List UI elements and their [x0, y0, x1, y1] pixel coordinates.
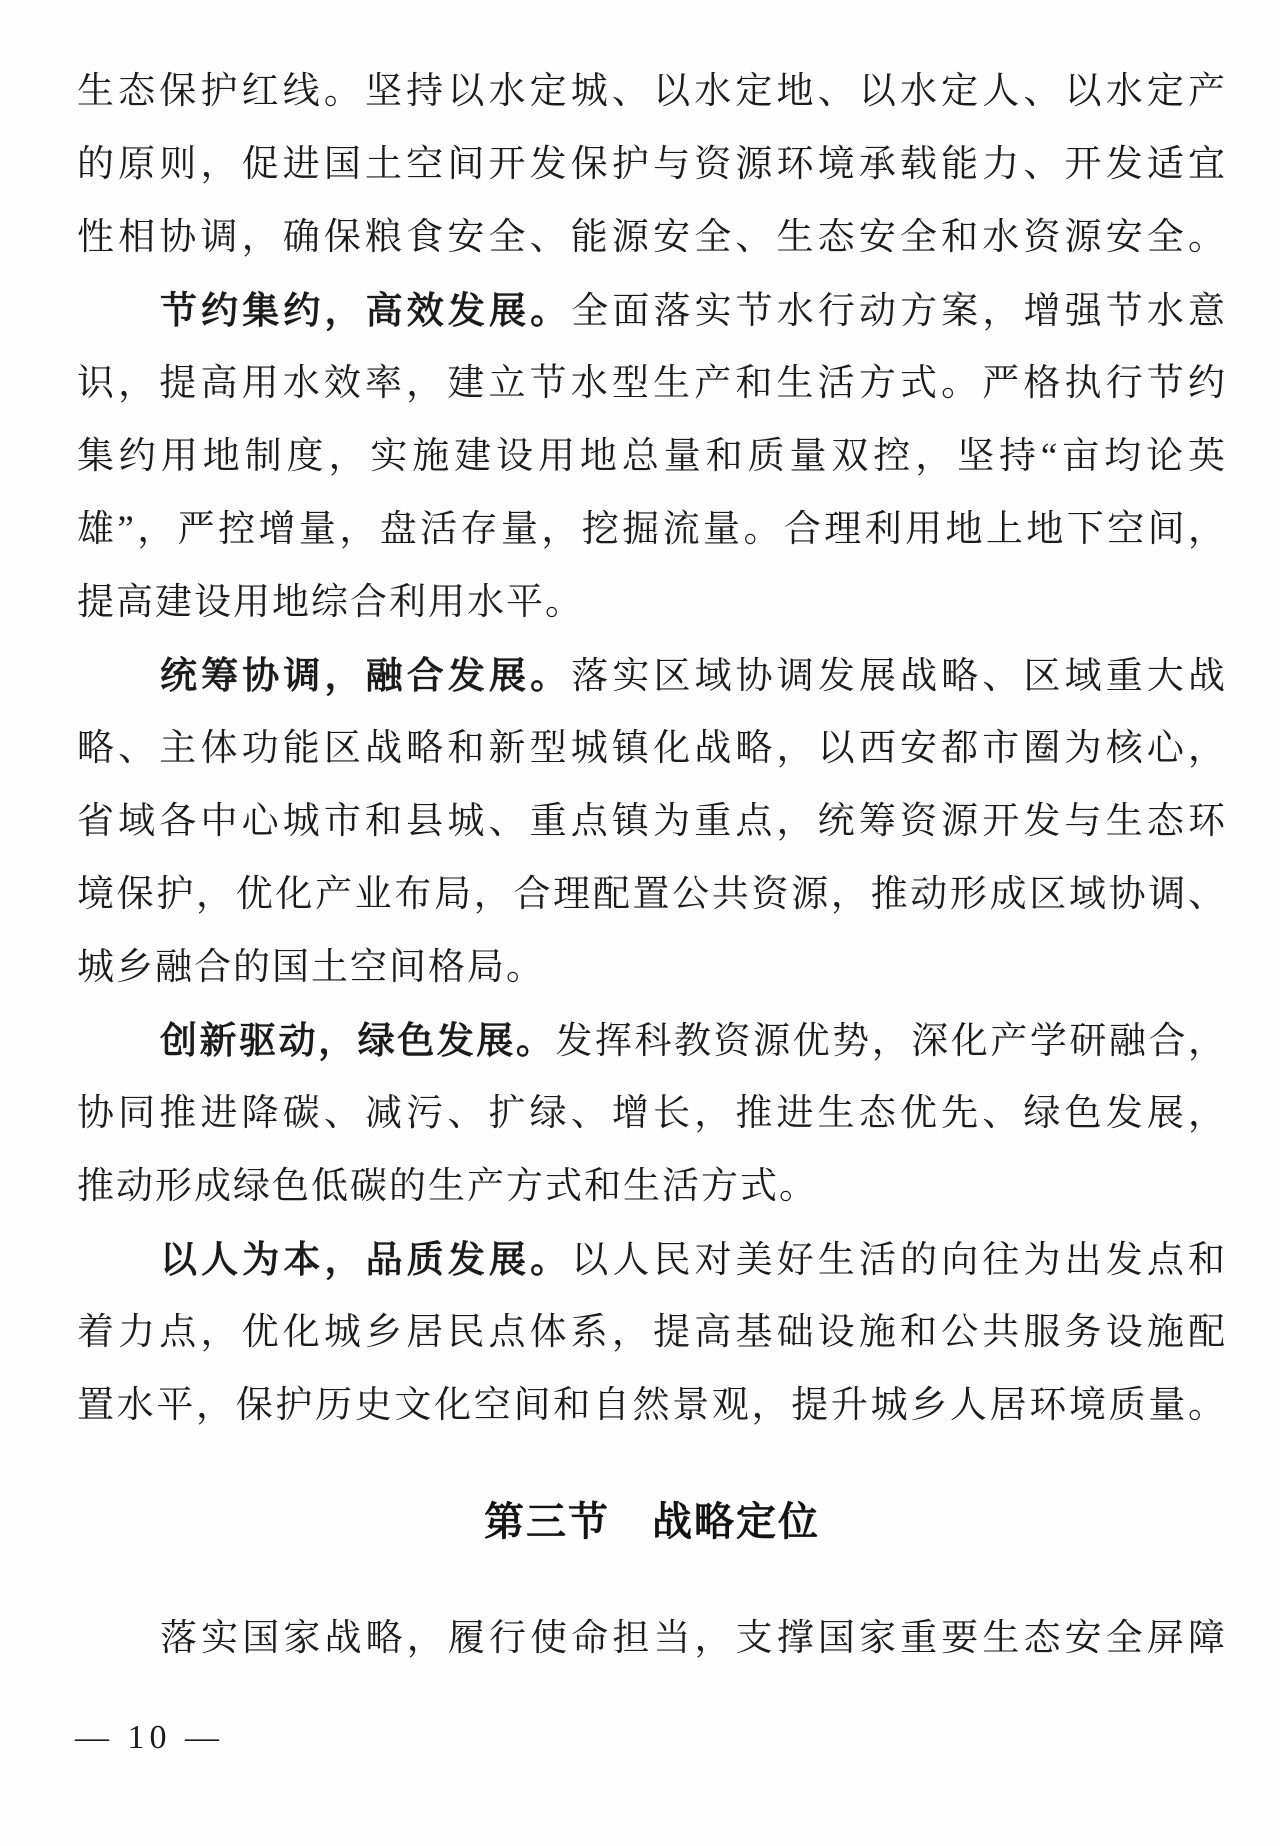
text-line: 落实国家战略，履行使命担当，支撑国家重要生态安全屏障 — [77, 1602, 1227, 1675]
text-line: 性相协调，确保粮食安全、能源安全、生态安全和水资源安全。 — [77, 201, 1227, 274]
text-line: 略、主体功能区战略和新型城镇化战略，以西安都市圈为核心， — [77, 712, 1227, 785]
body-text: 落实国家战略，履行使命担当，支撑国家重要生态安全屏障 — [160, 1618, 1227, 1659]
body-text: 性相协调，确保粮食安全、能源安全、生态安全和水资源安全。 — [77, 217, 1227, 258]
lead-emphasis-text: 创新驱动，绿色发展。 — [160, 1020, 555, 1061]
body-text: 以人民对美好生活的向往为出发点和 — [571, 1240, 1227, 1281]
text-line: 以人为本，品质发展。以人民对美好生活的向往为出发点和 — [77, 1223, 1227, 1296]
body-text: 生态保护红线。坚持以水定城、以水定地、以水定人、以水定产 — [77, 71, 1227, 112]
text-line: 集约用地制度，实施建设用地总量和质量双控，坚持“亩均论英 — [77, 420, 1227, 493]
text-line: 推动形成绿色低碳的生产方式和生活方式。 — [77, 1150, 1227, 1223]
body-text: 略、主体功能区战略和新型城镇化战略，以西安都市圈为核心， — [77, 728, 1227, 769]
text-line: 节约集约，高效发展。全面落实节水行动方案，增强节水意 — [77, 274, 1227, 347]
body-text: 提高建设用地综合利用水平。 — [77, 582, 584, 623]
body-text: 着力点，优化城乡居民点体系，提高基础设施和公共服务设施配 — [77, 1312, 1227, 1353]
body-text: 推动形成绿色低碳的生产方式和生活方式。 — [77, 1166, 818, 1207]
text-line: 省域各中心城市和县城、重点镇为重点，统筹资源开发与生态环 — [77, 785, 1227, 858]
document-page: 生态保护红线。坚持以水定城、以水定地、以水定人、以水定产的原则，促进国土空间开发… — [0, 0, 1280, 1846]
text-line: 着力点，优化城乡居民点体系，提高基础设施和公共服务设施配 — [77, 1296, 1227, 1369]
body-text: 置水平，保护历史文化空间和自然景观，提升城乡人居环境质量。 — [77, 1385, 1227, 1426]
text-line: 雄”，严控增量，盘活存量，挖掘流量。合理利用地上地下空间， — [77, 493, 1227, 566]
text-line: 的原则，促进国土空间开发保护与资源环境承载能力、开发适宜 — [77, 128, 1227, 201]
lead-emphasis-text: 节约集约，高效发展。 — [160, 290, 571, 331]
text-line: 协同推进降碳、减污、扩绿、增长，推进生态优先、绿色发展， — [77, 1077, 1227, 1150]
text-line: 置水平，保护历史文化空间和自然景观，提升城乡人居环境质量。 — [77, 1369, 1227, 1442]
body-text: 识，提高用水效率，建立节水型生产和生活方式。严格执行节约 — [77, 363, 1227, 404]
text-line: 统筹协调，融合发展。落实区域协调发展战略、区域重大战 — [77, 639, 1227, 712]
lead-emphasis-text: 统筹协调，融合发展。 — [160, 655, 571, 696]
text-line: 生态保护红线。坚持以水定城、以水定地、以水定人、以水定产 — [77, 55, 1227, 128]
text-line: 城乡融合的国土空间格局。 — [77, 931, 1227, 1004]
lead-emphasis-text: 以人为本，品质发展。 — [160, 1239, 571, 1280]
text-line: 提高建设用地综合利用水平。 — [77, 566, 1227, 639]
body-text: 集约用地制度，实施建设用地总量和质量双控，坚持“亩均论英 — [77, 436, 1227, 477]
body-text: 的原则，促进国土空间开发保护与资源环境承载能力、开发适宜 — [77, 144, 1227, 185]
section-heading: 第三节 战略定位 — [77, 1486, 1227, 1559]
page-number: — 10 — — [75, 1701, 224, 1774]
body-text: 落实区域协调发展战略、区域重大战 — [571, 656, 1227, 697]
body-text: 省域各中心城市和县城、重点镇为重点，统筹资源开发与生态环 — [77, 801, 1227, 842]
body-text: 境保护，优化产业布局，合理配置公共资源，推动形成区域协调、 — [77, 874, 1227, 915]
body-text: 发挥科教资源优势，深化产学研融合， — [555, 1021, 1227, 1062]
text-line: 创新驱动，绿色发展。发挥科教资源优势，深化产学研融合， — [77, 1004, 1227, 1077]
body-text: 全面落实节水行动方案，增强节水意 — [571, 291, 1227, 332]
body-block-2: 落实国家战略，履行使命担当，支撑国家重要生态安全屏障 — [77, 1602, 1227, 1675]
body-text: 协同推进降碳、减污、扩绿、增长，推进生态优先、绿色发展， — [77, 1093, 1227, 1134]
text-line: 识，提高用水效率，建立节水型生产和生活方式。严格执行节约 — [77, 347, 1227, 420]
text-line: 境保护，优化产业布局，合理配置公共资源，推动形成区域协调、 — [77, 858, 1227, 931]
body-block-1: 生态保护红线。坚持以水定城、以水定地、以水定人、以水定产的原则，促进国土空间开发… — [77, 55, 1227, 1442]
body-text: 雄”，严控增量，盘活存量，挖掘流量。合理利用地上地下空间， — [77, 509, 1227, 550]
body-text: 城乡融合的国土空间格局。 — [77, 947, 545, 988]
page-body: 生态保护红线。坚持以水定城、以水定地、以水定人、以水定产的原则，促进国土空间开发… — [77, 55, 1227, 1675]
